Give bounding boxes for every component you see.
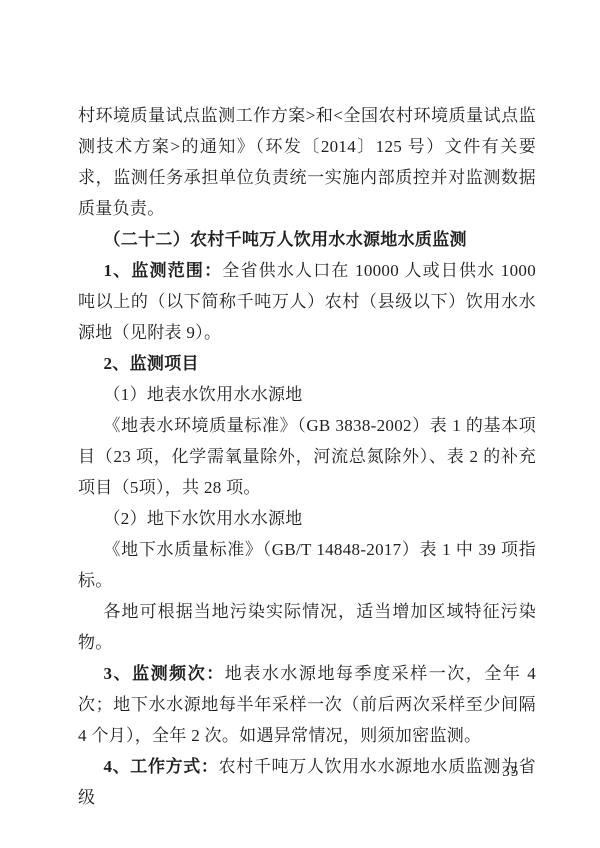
paragraph-lead: 2、监测项目 [104,354,199,373]
paragraph: 《地下水质量标准》（GB/T 14848-2017）表 1 中 39 项指标。 [78,534,536,596]
paragraph-lead: 3、监测频次： [104,664,225,683]
paragraph: 1、监测范围：全省供水人口在 10000 人或日供水 1000 吨以上的（以下简… [78,255,536,348]
paragraph-text: （2）地下水饮用水水源地 [104,509,303,528]
paragraph-text: 村环境质量试点监测工作方案>和<全国农村环境质量试点监测技术方案>的通知》（环发… [78,106,536,218]
document-body: 村环境质量试点监测工作方案>和<全国农村环境质量试点监测技术方案>的通知》（环发… [78,100,536,813]
paragraph: 4、工作方式：农村千吨万人饮用水水源地水质监测为省级 [78,751,536,813]
paragraph-lead: 4、工作方式： [104,757,219,776]
paragraph-text: （1）地表水饮用水水源地 [104,385,303,404]
paragraph: 各地可根据当地污染实际情况，适当增加区域特征污染物。 [78,596,536,658]
paragraph-text: 《地表水环境质量标准》（GB 3838-2002）表 1 的基本项目（23 项，… [78,416,536,497]
paragraph-lead: 1、监测范围： [104,261,223,280]
document-page: 村环境质量试点监测工作方案>和<全国农村环境质量试点监测技术方案>的通知》（环发… [0,0,600,848]
paragraph: （2）地下水饮用水水源地 [78,503,536,534]
paragraph: （1）地表水饮用水水源地 [78,379,536,410]
paragraph: 《地表水环境质量标准》（GB 3838-2002）表 1 的基本项目（23 项，… [78,410,536,503]
paragraph-text: 《地下水质量标准》（GB/T 14848-2017）表 1 中 39 项指标。 [78,540,536,590]
paragraph-lead: （二十二）农村千吨万人饮用水水源地水质监测 [104,230,467,249]
paragraph: （二十二）农村千吨万人饮用水水源地水质监测 [78,224,536,255]
page-number: - 35 - [492,764,531,781]
paragraph-text: 各地可根据当地污染实际情况，适当增加区域特征污染物。 [78,602,536,652]
paragraph: 3、监测频次：地表水水源地每季度采样一次，全年 4 次；地下水水源地每半年采样一… [78,658,536,751]
paragraph: 2、监测项目 [78,348,536,379]
paragraph: 村环境质量试点监测工作方案>和<全国农村环境质量试点监测技术方案>的通知》（环发… [78,100,536,224]
